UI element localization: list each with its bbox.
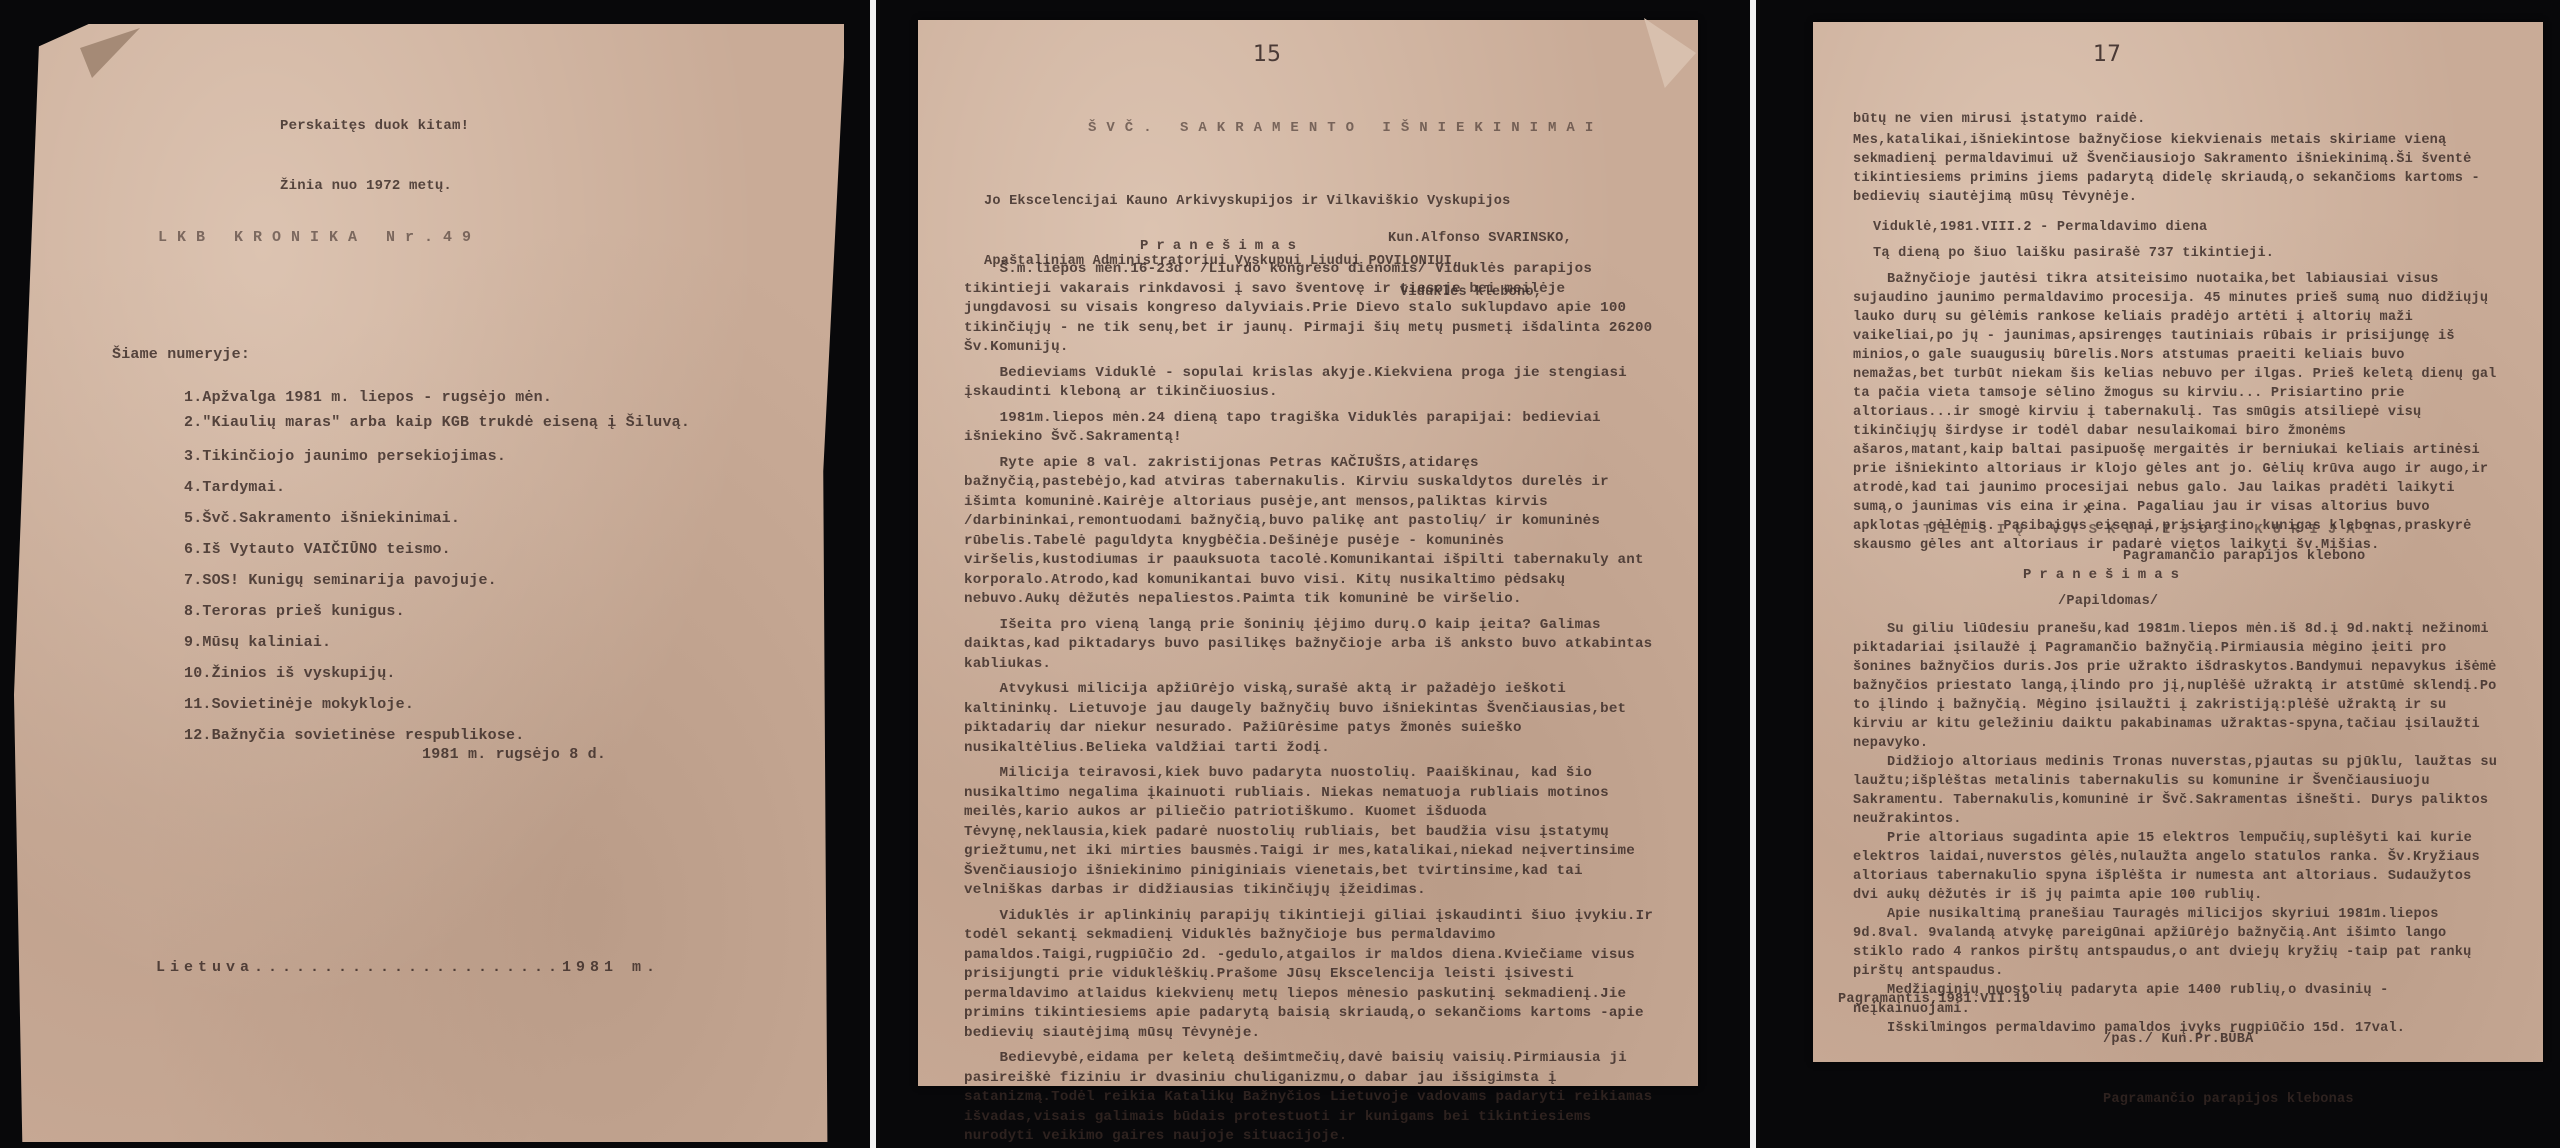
paragraph: Bažnyčioje jautėsi tikra atsiteisimo nuo… <box>1853 270 2503 555</box>
paragraph: Mes,katalikai,išniekintose bažnyčiose ki… <box>1853 131 2503 207</box>
paragraph: būtų ne vien mirusi įstatymo raidė. <box>1853 110 2503 129</box>
date-line: Viduklė,1981.VIII.2 - Permaldavimo diena <box>1873 218 2207 237</box>
paragraph: Bedieviams Viduklė - sopulai krislas aky… <box>964 364 1654 403</box>
paragraph: Viduklės ir aplinkinių parapijų tikintie… <box>964 907 1654 1044</box>
burglary-report: Su giliu liūdesiu pranešu,kad 1981m.liep… <box>1853 620 2503 1038</box>
paragraph: Ryte apie 8 val. zakristijonas Petras KA… <box>964 454 1654 610</box>
paragraph: Prie altoriaus sugadinta apie 15 elektro… <box>1853 829 2503 905</box>
signatures-count: Tą dieną po šiuo laišku pasirašė 737 tik… <box>1873 244 2274 263</box>
table-of-contents: 1.Apžvalga 1981 m. liepos - rugsėjo mėn.… <box>184 382 744 751</box>
paragraph: Su giliu liūdesiu pranešu,kad 1981m.liep… <box>1853 620 2503 753</box>
signoff: /pas./ Kun.Pr.BŪBA Pagramančio parapijos… <box>2103 990 2354 1148</box>
paragraph: Š.m.liepos mėn.16-23d. /Liurdo kongreso … <box>964 260 1654 358</box>
photo-panel-2: 15 ŠVČ. SAKRAMENTO IŠNIEKINIMAI Jo Eksce… <box>876 0 1750 1148</box>
paragraph: Apie nusikaltimą pranešiau Tauragės mili… <box>1853 905 2503 981</box>
contents-item: 9.Mūsų kaliniai. <box>184 627 744 658</box>
document-page-cover: Perskaitęs duok kitam! Žinia nuo 1972 me… <box>14 24 844 1142</box>
note-line: Perskaitęs duok kitam! <box>280 116 469 136</box>
paragraph: Milicija teiravosi,kiek buvo padaryta nu… <box>964 764 1654 901</box>
curia-heading: TELŠIŲ VYSKUPIJOS KURIJAI <box>1923 522 2383 538</box>
signoff-place: Pagramantis,1981.VII.19 <box>1838 990 2030 1009</box>
document-page-17: 17 būtų ne vien mirusi įstatymo raidė.Me… <box>1813 22 2543 1062</box>
letter-continuation: būtų ne vien mirusi įstatymo raidė.Mes,k… <box>1853 110 2503 209</box>
paragraph: Atvykusi milicija apžiūrėjo viską,surašė… <box>964 680 1654 758</box>
issue-date: 1981 m. rugsėjo 8 d. <box>422 746 606 763</box>
report-body: Š.m.liepos mėn.16-23d. /Liurdo kongreso … <box>964 260 1654 1148</box>
contents-item: 11.Sovietinėje mokykloje. <box>184 689 744 720</box>
contents-item: 3.Tikinčiojo jaunimo persekiojimas. <box>184 441 744 472</box>
document-page-15: 15 ŠVČ. SAKRAMENTO IŠNIEKINIMAI Jo Eksce… <box>918 20 1698 1086</box>
contents-item: 4.Tardymai. <box>184 472 744 503</box>
contents-item: 8.Teroras prieš kunigus. <box>184 596 744 627</box>
note-line: Žinia nuo 1972 metų. <box>280 176 469 196</box>
contents-item: 10.Žinios iš vyskupijų. <box>184 658 744 689</box>
contents-item: 2."Kiaulių maras" arba kaip KGB trukdė e… <box>184 413 744 433</box>
paragraph: Bedievybė,eidama per keletą dešimtmečių,… <box>964 1049 1654 1147</box>
paragraph: Išeita pro vieną langą prie šoninių įėji… <box>964 616 1654 675</box>
pass-on-note: Perskaitęs duok kitam! Žinia nuo 1972 me… <box>280 76 469 236</box>
signoff-title: Pagramančio parapijos klebonas <box>2103 1090 2354 1110</box>
paragraph: 1981m.liepos mėn.24 dieną tapo tragiška … <box>964 409 1654 448</box>
supplementary-label: /Papildomas/ <box>2058 592 2158 611</box>
page-number: 15 <box>1253 42 1281 67</box>
report-subheading: Pranešimas <box>2023 567 2187 583</box>
chronicle-title: LKB KRONIKA Nr.49 <box>158 229 481 246</box>
contents-item: 7.SOS! Kunigų seminarija pavojuje. <box>184 565 744 596</box>
contents-label: Šiame numeryje: <box>112 346 250 363</box>
from-line: Pagramančio parapijos klebono <box>2123 547 2365 566</box>
page-number: 17 <box>2093 42 2121 67</box>
contents-item: 6.Iš Vytauto VAIČIŪNO teismo. <box>184 534 744 565</box>
footer-place: Lietuva......................1981 m. <box>156 959 660 976</box>
contents-item: 1.Apžvalga 1981 m. liepos - rugsėjo mėn. <box>184 382 744 413</box>
section-heading: ŠVČ. SAKRAMENTO IŠNIEKINIMAI <box>1088 120 1603 136</box>
signoff-name: /pas./ Kun.Pr.BŪBA <box>2103 1030 2354 1050</box>
report-subheading: Pranešimas <box>1140 238 1304 254</box>
sender-line: Kun.Alfonso SVARINSKO, <box>1388 230 1572 248</box>
procession-account: Bažnyčioje jautėsi tikra atsiteisimo nuo… <box>1853 270 2503 559</box>
photo-panel-1: Perskaitęs duok kitam! Žinia nuo 1972 me… <box>0 0 870 1148</box>
paragraph: Didžiojo altoriaus medinis Tronas nuvers… <box>1853 753 2503 829</box>
photo-panel-3: 17 būtų ne vien mirusi įstatymo raidė.Me… <box>1756 0 2560 1148</box>
contents-item: 5.Švč.Sakramento išniekinimai. <box>184 503 744 534</box>
section-separator: x <box>2083 502 2092 518</box>
